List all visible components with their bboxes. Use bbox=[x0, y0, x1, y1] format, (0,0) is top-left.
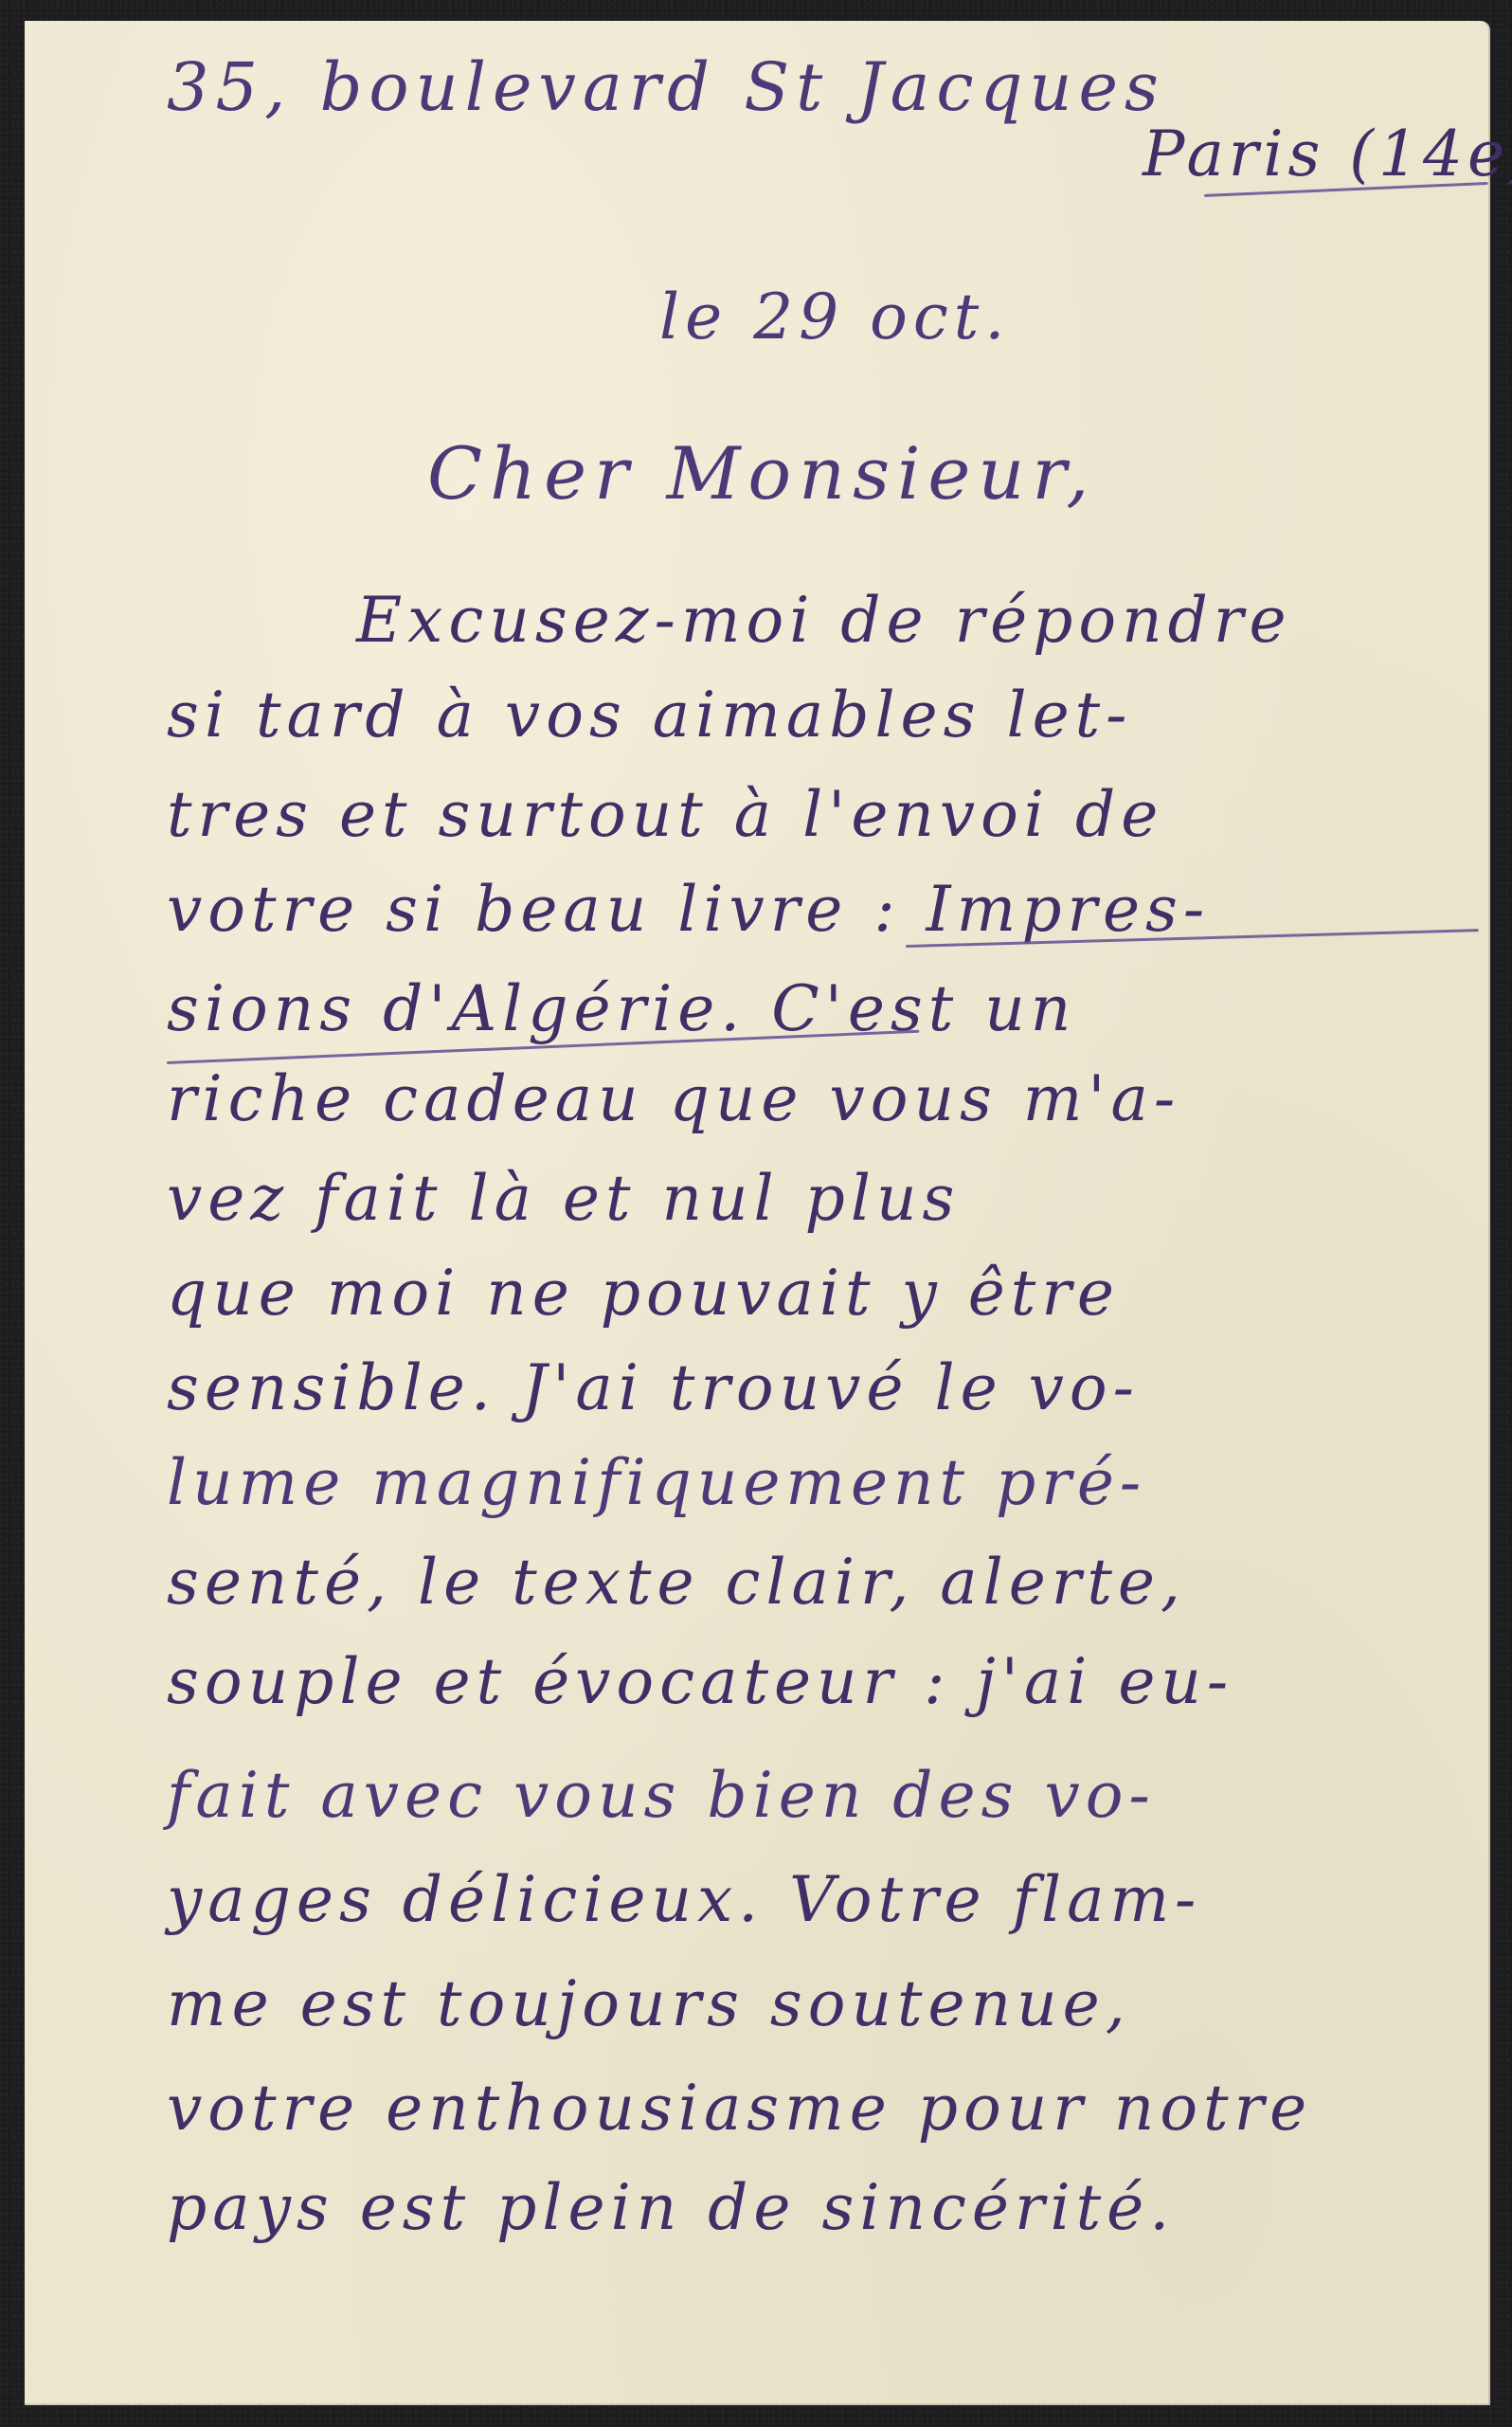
body-line-1: Excusez-moi de répondre bbox=[356, 589, 1292, 652]
body-line-10: lume magnifiquement pré- bbox=[167, 1452, 1146, 1514]
body-line-3: tres et surtout à l'envoi de bbox=[167, 784, 1163, 846]
body-line-15: me est toujours soutenue, bbox=[167, 1973, 1131, 2036]
city-line: Paris (14e) bbox=[1143, 123, 1512, 186]
body-line-6: riche cadeau que vous m'a- bbox=[167, 1068, 1180, 1131]
body-line-17: pays est plein de sincérité. bbox=[167, 2177, 1175, 2239]
body-line-8: que moi ne pouvait y être bbox=[167, 1262, 1120, 1325]
salutation: Cher Monsieur, bbox=[427, 438, 1096, 510]
body-line-16: votre enthousiasme pour notre bbox=[167, 2077, 1312, 2140]
body-line-5: sions d'Algérie. C'est un bbox=[167, 978, 1076, 1041]
body-line-12: souple et évocateur : j'ai eu- bbox=[167, 1651, 1233, 1713]
body-line-13: fait avec vous bien des vo- bbox=[167, 1765, 1156, 1827]
letter-sheet: 35, boulevard St Jacques Paris (14e) le … bbox=[25, 21, 1490, 2405]
date-line: le 29 oct. bbox=[659, 286, 1010, 349]
body-line-9: sensible. J'ai trouvé le vo- bbox=[167, 1357, 1140, 1420]
body-line-7: vez fait là et nul plus bbox=[167, 1168, 960, 1230]
body-line-4: votre si beau livre : Impres- bbox=[167, 878, 1210, 941]
body-line-2: si tard à vos aimables let- bbox=[167, 684, 1132, 747]
address-line: 35, boulevard St Jacques bbox=[167, 54, 1165, 120]
body-line-14: yages délicieux. Votre flam- bbox=[167, 1869, 1201, 1931]
body-line-11: senté, le texte clair, alerte, bbox=[167, 1551, 1186, 1614]
